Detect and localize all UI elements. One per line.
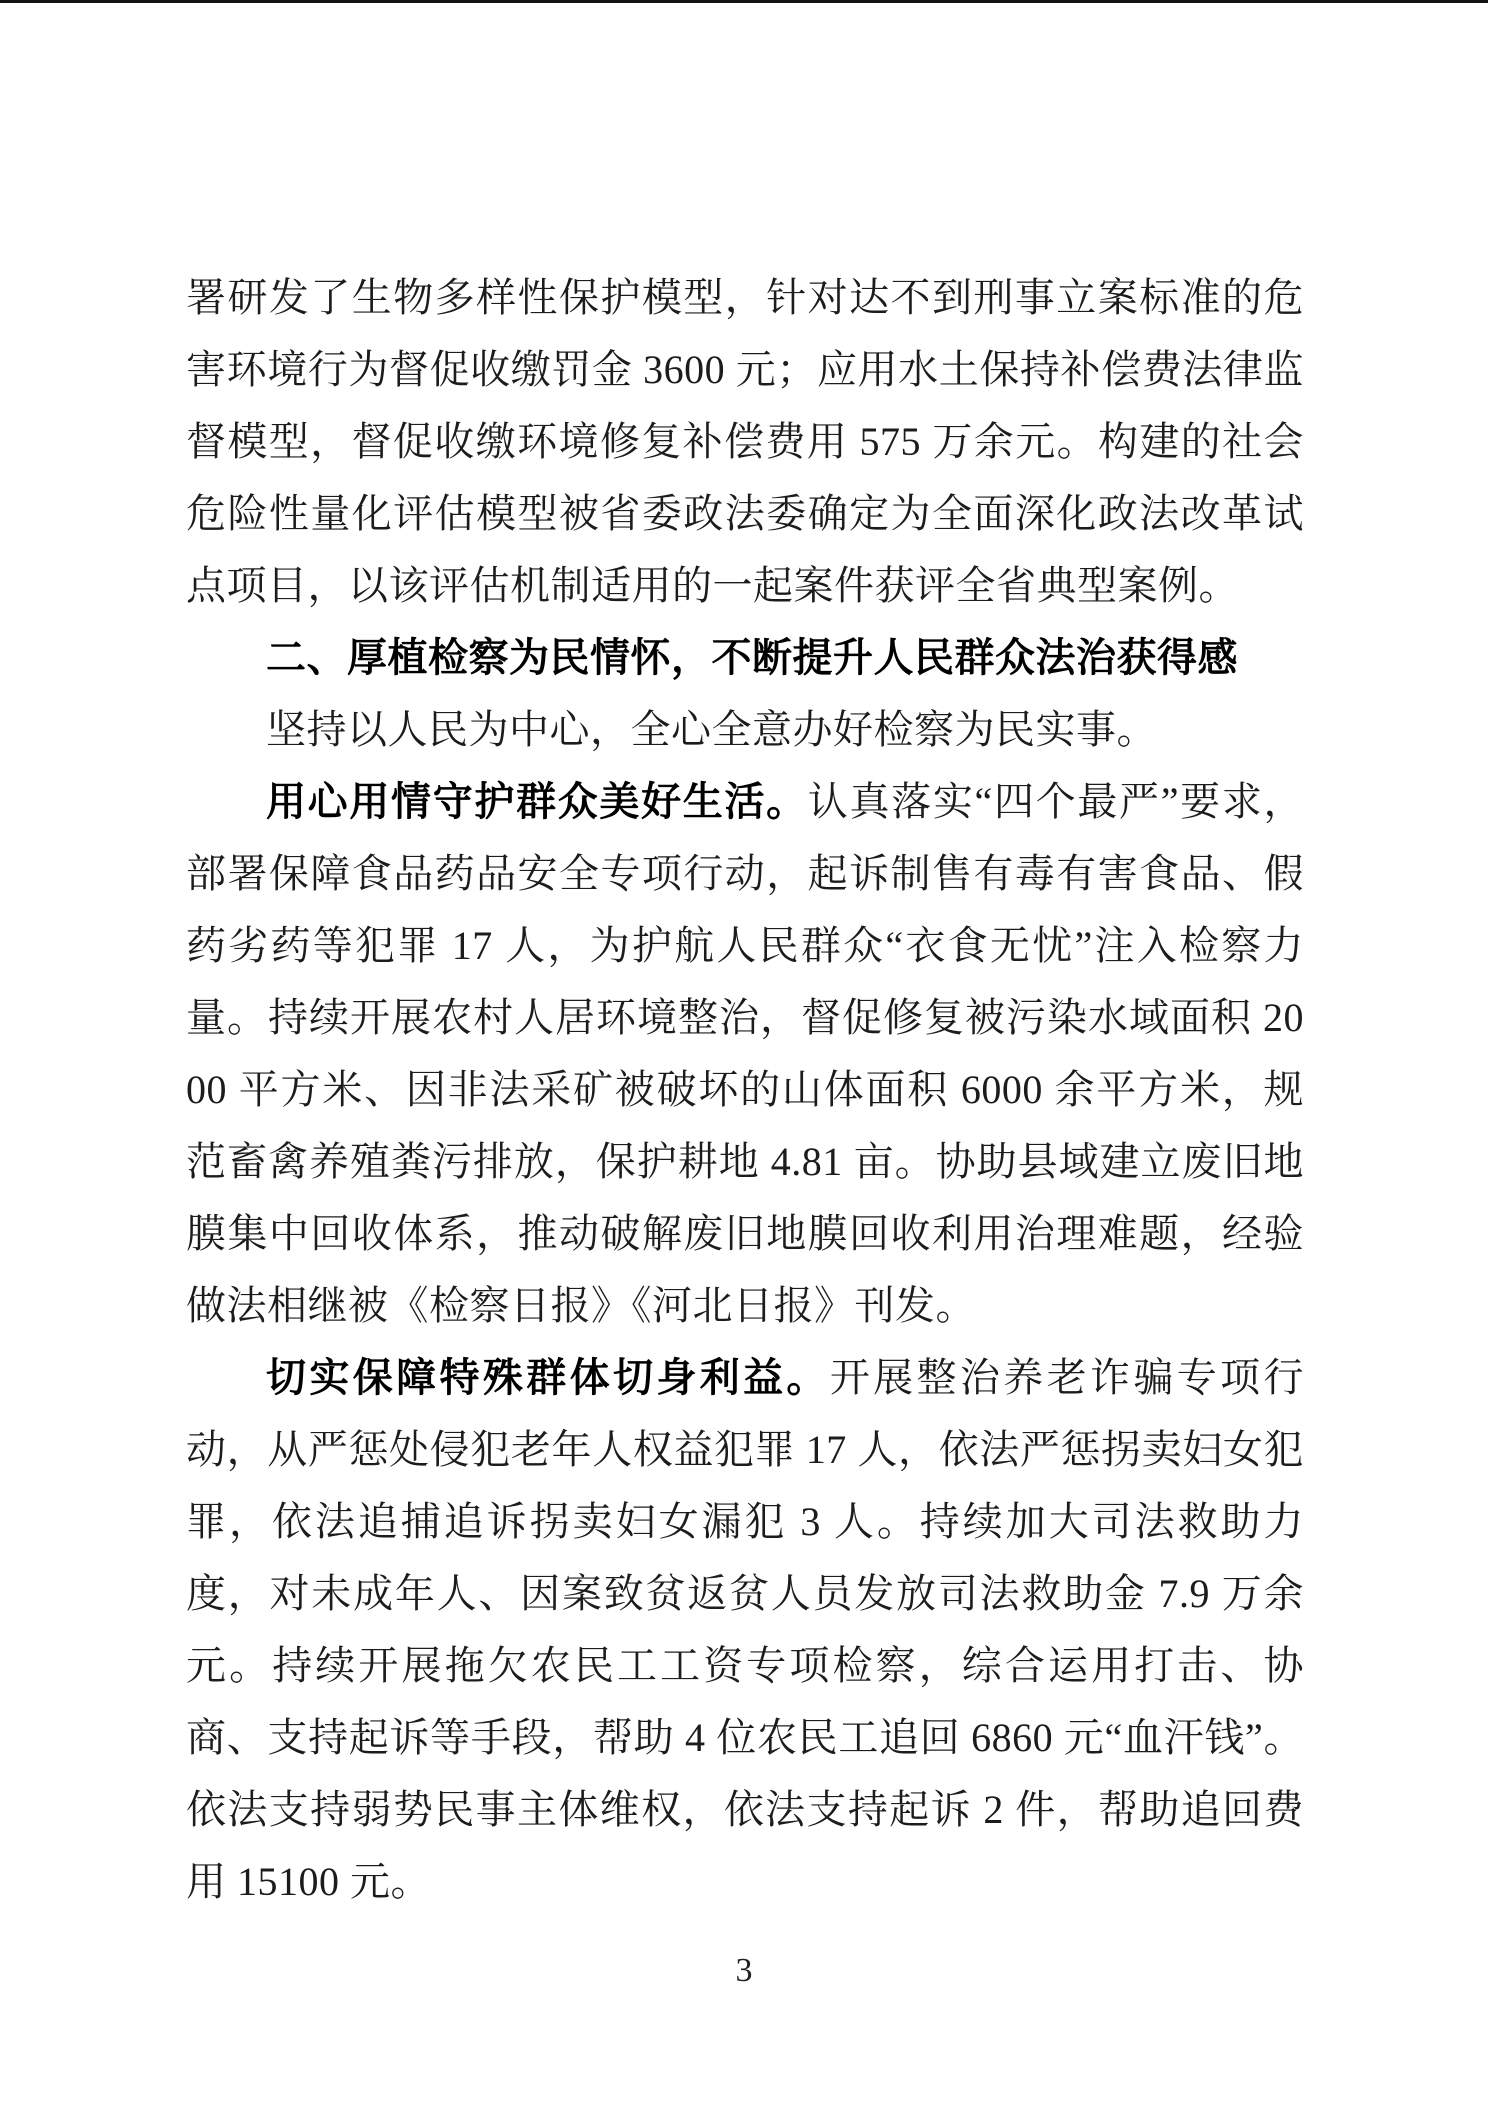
paragraph-lead-phrase: 用心用情守护群众美好生活。 bbox=[266, 779, 808, 824]
paragraph-text: 认真落实“四个最严”要求，部署保障食品药品安全专项行动，起诉制售有毒有害食品、假… bbox=[186, 779, 1304, 1328]
section-heading: 二、厚植检察为民情怀，不断提升人民群众法治获得感 bbox=[186, 622, 1304, 694]
paragraph-continuation: 署研发了生物多样性保护模型，针对达不到刑事立案标准的危害环境行为督促收缴罚金 3… bbox=[186, 262, 1304, 622]
paragraph: 切实保障特殊群体切身利益。开展整治养老诈骗专项行动，从严惩处侵犯老年人权益犯罪 … bbox=[186, 1342, 1304, 1918]
page-number: 3 bbox=[0, 1950, 1488, 1992]
paragraph: 坚持以人民为中心，全心全意办好检察为民实事。 bbox=[186, 694, 1304, 766]
screenshot-top-edge-bar bbox=[0, 0, 1488, 3]
paragraph-text: 开展整治养老诈骗专项行动，从严惩处侵犯老年人权益犯罪 17 人，依法严惩拐卖妇女… bbox=[186, 1355, 1304, 1904]
paragraph-lead-phrase: 切实保障特殊群体切身利益。 bbox=[266, 1355, 830, 1400]
paragraph: 用心用情守护群众美好生活。认真落实“四个最严”要求，部署保障食品药品安全专项行动… bbox=[186, 766, 1304, 1342]
document-page: 署研发了生物多样性保护模型，针对达不到刑事立案标准的危害环境行为督促收缴罚金 3… bbox=[0, 0, 1488, 2104]
document-body: 署研发了生物多样性保护模型，针对达不到刑事立案标准的危害环境行为督促收缴罚金 3… bbox=[186, 262, 1304, 1918]
